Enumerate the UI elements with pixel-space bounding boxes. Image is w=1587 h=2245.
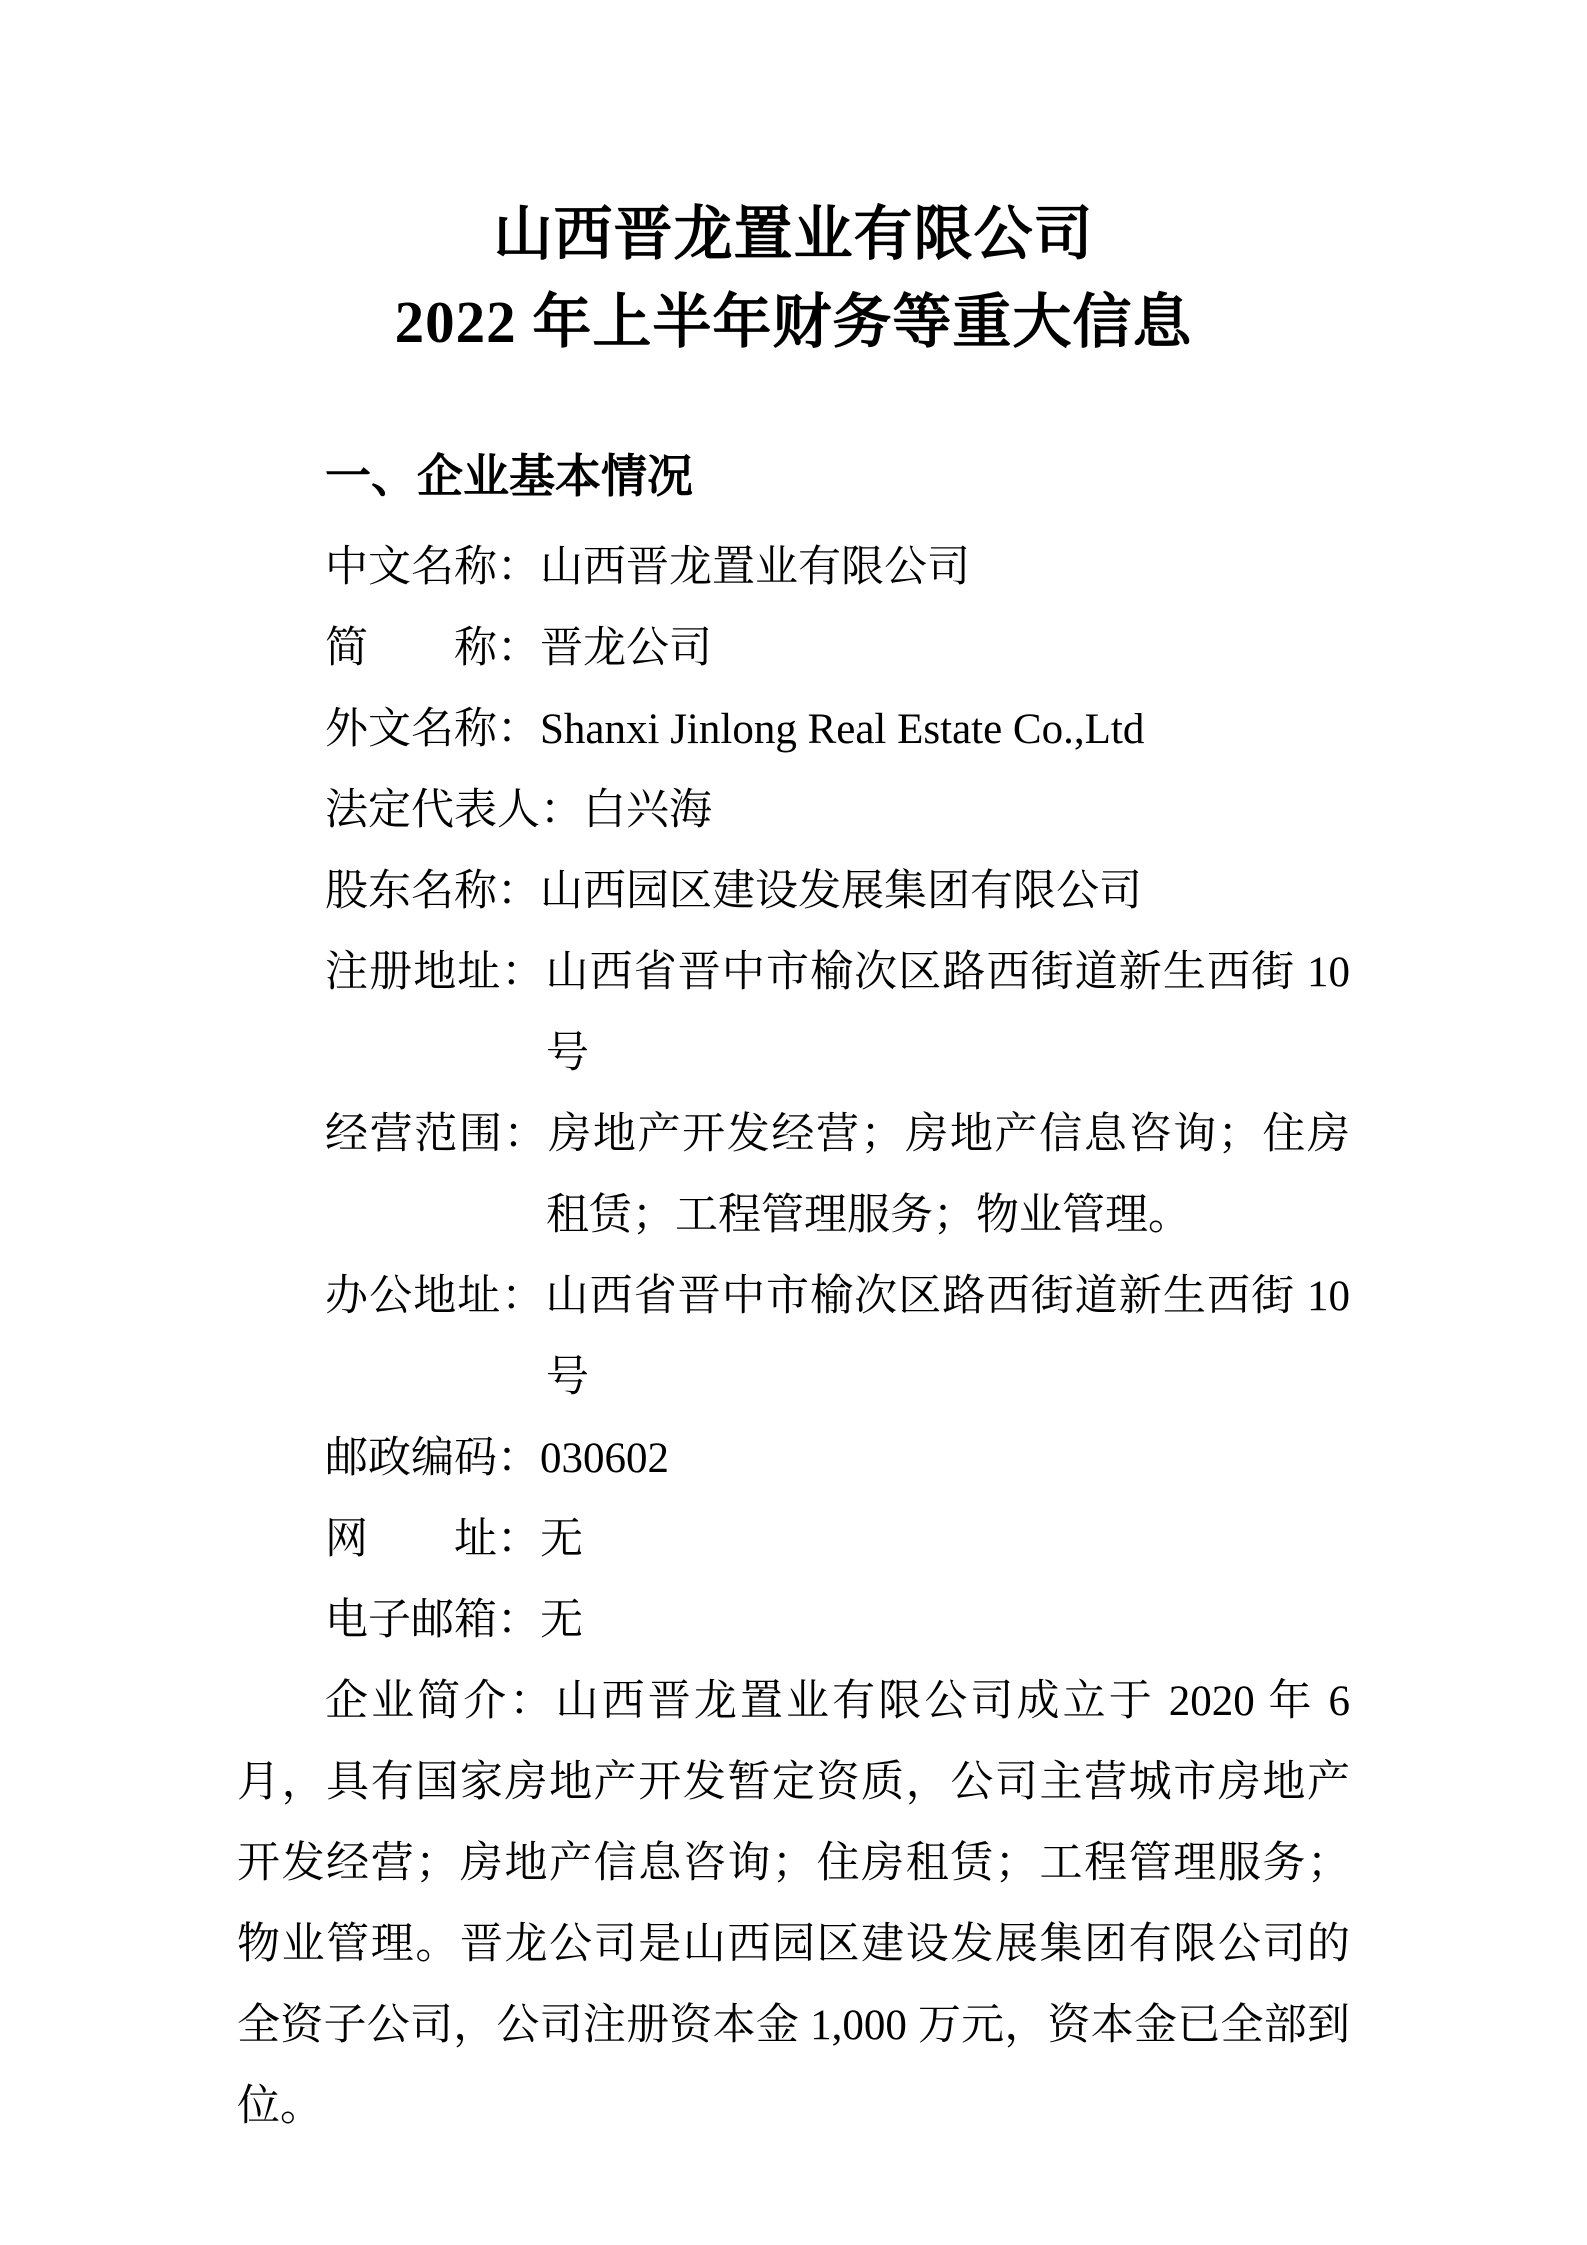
field-row-legal-representative: 法定代表人：白兴海 [325, 770, 1350, 851]
field-value: 房地产开发经营；房地产信息咨询；住房租赁；工程管理服务；物业管理。 [546, 1111, 1350, 1239]
field-label: 经营范围： [325, 1111, 548, 1158]
field-row-email: 电子邮箱：无 [325, 1580, 1350, 1661]
field-value: 无 [540, 1516, 583, 1563]
document-page: 山西晋龙置业有限公司 2022 年上半年财务等重大信息 一、企业基本情况 中文名… [0, 0, 1587, 2245]
field-label: 办公地址： [325, 1273, 546, 1320]
field-row-business-scope: 经营范围：房地产开发经营；房地产信息咨询；住房租赁；工程管理服务；物业管理。 [325, 1094, 1350, 1256]
field-row-postal-code: 邮政编码：030602 [325, 1418, 1350, 1499]
section-heading: 一、企业基本情况 [325, 436, 1350, 517]
field-row-registered-address: 注册地址：山西省晋中市榆次区路西街道新生西街 10 号 [325, 932, 1350, 1094]
field-label: 邮政编码： [325, 1435, 540, 1482]
field-label: 注册地址： [325, 949, 546, 996]
title-line-2: 2022 年上半年财务等重大信息 [0, 278, 1587, 366]
field-label: 电子邮箱： [325, 1597, 540, 1644]
document-title: 山西晋龙置业有限公司 2022 年上半年财务等重大信息 [0, 0, 1587, 366]
field-value: 晋龙公司 [540, 625, 712, 672]
document-body: 一、企业基本情况 中文名称：山西晋龙置业有限公司 简 称：晋龙公司 外文名称：S… [237, 436, 1350, 2147]
field-value: Shanxi Jinlong Real Estate Co.,Ltd [540, 706, 1144, 753]
field-value: 山西省晋中市榆次区路西街道新生西街 10 号 [546, 1273, 1351, 1401]
company-intro-paragraph: 企业简介：山西晋龙置业有限公司成立于 2020 年 6 月，具有国家房地产开发暂… [237, 1661, 1350, 2147]
field-label: 网 址： [325, 1516, 540, 1563]
field-row-office-address: 办公地址：山西省晋中市榆次区路西街道新生西街 10 号 [325, 1256, 1350, 1418]
field-label: 简 称： [325, 625, 540, 672]
field-row-shareholder-name: 股东名称：山西园区建设发展集团有限公司 [325, 851, 1350, 932]
field-value: 白兴海 [583, 787, 712, 834]
field-row-website: 网 址：无 [325, 1499, 1350, 1580]
field-label: 中文名称： [325, 544, 540, 591]
intro-label: 企业简介： [325, 1678, 556, 1725]
field-value: 030602 [540, 1435, 669, 1482]
field-value: 山西晋龙置业有限公司 [540, 544, 970, 591]
field-label: 外文名称： [325, 706, 540, 753]
field-label: 法定代表人： [325, 787, 583, 834]
field-row-foreign-name: 外文名称：Shanxi Jinlong Real Estate Co.,Ltd [325, 689, 1350, 770]
field-value: 山西省晋中市榆次区路西街道新生西街 10 号 [546, 949, 1351, 1077]
field-value: 无 [540, 1597, 583, 1644]
field-row-short-name: 简 称：晋龙公司 [325, 608, 1350, 689]
field-label: 股东名称： [325, 868, 540, 915]
intro-text: 山西晋龙置业有限公司成立于 2020 年 6 月，具有国家房地产开发暂定资质，公… [237, 1678, 1350, 2130]
field-row-chinese-name: 中文名称：山西晋龙置业有限公司 [325, 527, 1350, 608]
field-value: 山西园区建设发展集团有限公司 [540, 868, 1142, 915]
title-line-1: 山西晋龙置业有限公司 [0, 190, 1587, 278]
